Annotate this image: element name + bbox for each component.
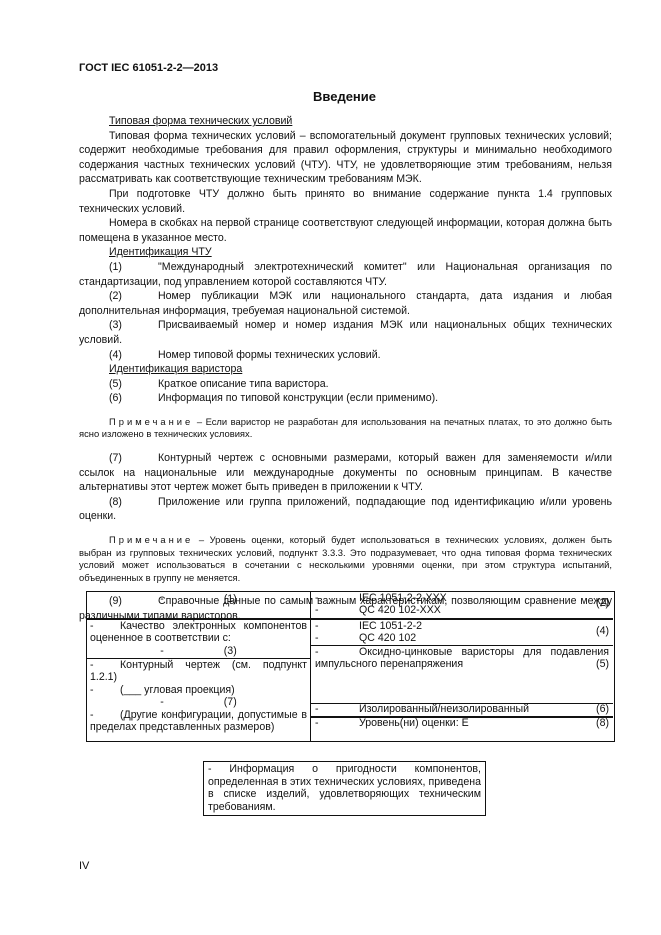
table-cell-2: (2) -IEC 1051-2-2-XXX -QC 420 102-XXX [311, 592, 613, 618]
cell-text: IEC 1051-2-2 [359, 620, 422, 632]
paragraph: Типовая форма технических условий – вспо… [79, 129, 612, 187]
list-item: (8)Приложение или группа приложений, под… [79, 495, 612, 524]
document-id-header: ГОСТ IEC 61051-2-2—2013 [79, 62, 218, 74]
table-cell-quality: -Качество электронных компонентов оценен… [87, 620, 310, 645]
ref-number: (1) [224, 593, 237, 605]
section-heading-varistor-id: Идентификация варистора [109, 363, 242, 375]
paragraph: Номера в скобках на первой странице соот… [79, 216, 612, 245]
list-item: (2)Номер публикации МЭК или национальног… [79, 289, 612, 318]
note-label: Примечание [109, 416, 193, 427]
dash: - [315, 646, 359, 658]
list-item: (5)Краткое описание типа варистора. [79, 377, 612, 392]
item-number: (8) [109, 495, 158, 510]
note-label: Примечание [109, 534, 193, 545]
ref-number: (6) [596, 703, 609, 715]
ref-number: (2) [596, 597, 609, 609]
item-text: Информация по типовой конструкции (если … [158, 392, 438, 404]
ref-number: (8) [596, 717, 609, 729]
ref-number: (3) [224, 645, 237, 657]
cell-text: Оксидно-цинковые варисторы для подавлени… [315, 646, 609, 670]
dash: - [315, 717, 359, 729]
table-cell-drawing: -Контурный чертеж (см. подпункт 1.2.1) -… [87, 659, 310, 733]
page-number: IV [79, 860, 89, 872]
list-item: (6)Информация по типовой конструкции (ес… [79, 391, 612, 406]
item-text: Номер публикации МЭК или национального с… [79, 290, 612, 317]
dash: - [315, 632, 359, 644]
cell-text: Качество электронных компонентов оцененн… [90, 620, 307, 644]
list-item: (3)Присваиваемый номер и номер издания М… [79, 318, 612, 347]
item-number: (2) [109, 289, 158, 304]
section-heading-typical-form: Типовая форма технических условий [109, 115, 292, 127]
dash: - [160, 593, 164, 605]
item-number: (6) [109, 391, 158, 406]
dash: - [160, 645, 164, 657]
item-number: (4) [109, 348, 158, 363]
item-text: Номер типовой формы технических условий. [158, 349, 381, 361]
cell-text: (Другие конфигурации, допустимые в преде… [90, 709, 307, 733]
cell-text: Изолированный/неизолированный [359, 703, 529, 715]
page-title: Введение [0, 89, 661, 104]
dash: - [315, 620, 359, 632]
dash: - [90, 620, 120, 632]
list-item: (7)Контурный чертеж с основными размерам… [79, 451, 612, 495]
dash: - [90, 709, 120, 721]
cell-text: (___ угловая проекция) [120, 684, 235, 696]
form-table: -(1) -Качество электронных компонентов о… [86, 591, 615, 742]
dash: - [315, 604, 359, 616]
table-cell-5: -Оксидно-цинковые варисторы для подавлен… [311, 646, 613, 703]
table-cell-8: -Уровень(ни) оценки: E(8) [311, 717, 613, 729]
cell-text: QC 420 102-XXX [359, 604, 441, 616]
note-1: Примечание – Если варистор не разработан… [79, 416, 612, 441]
item-number: (3) [109, 318, 158, 333]
cell-text: QC 420 102 [359, 632, 416, 644]
item-number: (1) [109, 260, 158, 275]
ref-number: (4) [596, 625, 609, 637]
item-number: (5) [109, 377, 158, 392]
item-text: Контурный чертеж с основными размерами, … [79, 452, 612, 493]
dash: - [90, 659, 120, 671]
table-cell-6: -Изолированный/неизолированный(6) [311, 703, 613, 716]
section-heading-ctu-id: Идентификация ЧТУ [109, 246, 212, 258]
cell-text: Уровень(ни) оценки: E [359, 717, 469, 729]
table-cell-1: -(1) [87, 592, 310, 618]
item-text: Краткое описание типа варистора. [158, 378, 329, 390]
dash: - [315, 703, 359, 715]
dash: - [160, 696, 164, 708]
note-2: Примечание – Уровень оценки, который буд… [79, 534, 612, 584]
paragraph: При подготовке ЧТУ должно быть принято в… [79, 187, 612, 216]
ref-number: (5) [596, 658, 609, 670]
item-text: Присваиваемый номер и номер издания МЭК … [79, 319, 612, 346]
item-text: Приложение или группа приложений, подпад… [79, 496, 612, 523]
dash: - [90, 684, 120, 696]
ref-number: (7) [224, 696, 237, 708]
list-item: (4)Номер типовой формы технических услов… [79, 348, 612, 363]
cell-text: Контурный чертеж (см. подпункт 1.2.1) [90, 659, 307, 683]
list-item: (1)"Международный электротехнический ком… [79, 260, 612, 289]
info-box: - Информация о пригодности компонентов, … [203, 761, 486, 816]
table-cell-3: -(3) [87, 645, 310, 657]
item-number: (7) [109, 451, 158, 466]
dash: - [315, 592, 359, 604]
item-text: "Международный электротехнический комите… [79, 261, 612, 288]
table-cell-4: (4) -IEC 1051-2-2 -QC 420 102 [311, 620, 613, 645]
document-body: Типовая форма технических условий Типова… [79, 114, 612, 624]
cell-text: IEC 1051-2-2-XXX [359, 592, 447, 604]
